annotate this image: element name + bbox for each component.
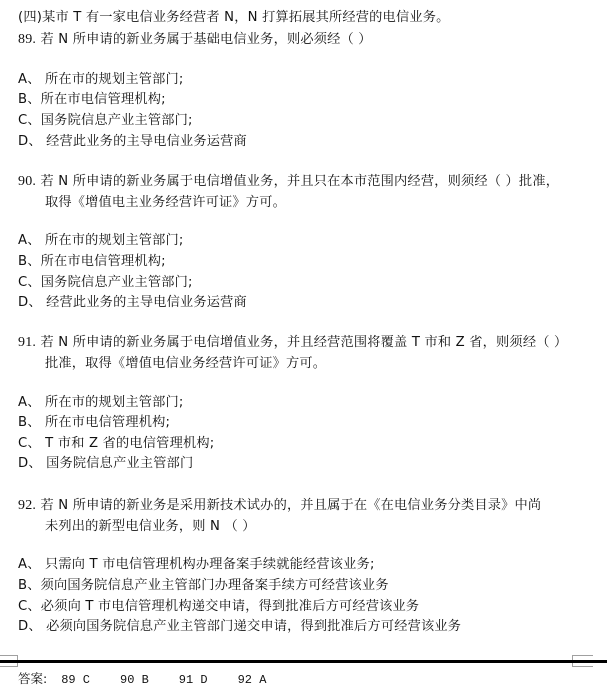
answer-92: 92 A xyxy=(238,673,267,687)
option-a: A、 所在市的规划主管部门; xyxy=(18,393,184,413)
option-c: C、 T 市和 Z 省的电信管理机构; xyxy=(18,434,214,454)
question-stem: 90. 若 N 所申请的新业务属于电信增值业务，并且只在本市范围内经营，则须经（… xyxy=(18,172,559,192)
question-text: 若 N 所申请的新业务属于基础电信业务，则必须经（ ） xyxy=(41,32,372,47)
option-b: B、须向国务院信息产业主管部门办理备案手续方可经营该业务 xyxy=(18,576,389,596)
question-text-continued: 取得《增值电主业务经营许可证》方可。 xyxy=(45,193,286,213)
question-text: 若 N 所申请的新业务是采用新技术试办的，并且属于在《在电信业务分类目录》中尚 xyxy=(41,498,542,513)
answer-89: 89 C xyxy=(61,673,90,687)
question-text-continued: 批准，取得《增值电信业务经营许可证》方可。 xyxy=(45,354,326,374)
question-stem: 92. 若 N 所申请的新业务是采用新技术试办的，并且属于在《在电信业务分类目录… xyxy=(18,496,541,516)
option-a: A、 只需向 T 市电信管理机构办理备案手续就能经营该业务; xyxy=(18,555,375,575)
divider-line xyxy=(0,660,607,663)
answer-key: 答案: 89 C 90 B 91 D 92 A xyxy=(18,670,292,689)
section-intro: (四)某市 T 有一家电信业务经营者 N，N 打算拓展其所经营的电信业务。 xyxy=(18,8,450,28)
answer-label: 答案: xyxy=(18,671,47,686)
option-b: B、所在市电信管理机构; xyxy=(18,90,166,110)
question-text-continued: 未列出的新型电信业务，则 N （ ） xyxy=(45,517,256,537)
question-text: 若 N 所申请的新业务属于电信增值业务，并且只在本市范围内经营，则须经（ ）批准… xyxy=(41,174,560,189)
question-text: 若 N 所申请的新业务属于电信增值业务，并且经营范围将覆盖 T 市和 Z 省，则… xyxy=(41,335,568,350)
question-stem: 89. 若 N 所申请的新业务属于基础电信业务，则必须经（ ） xyxy=(18,30,372,50)
option-c: C、必须向 T 市电信管理机构递交申请，得到批准后方可经营该业务 xyxy=(18,597,419,617)
option-d: D、 必须向国务院信息产业主管部门递交申请，得到批准后方可经营该业务 xyxy=(18,617,461,637)
option-d: D、 经营此业务的主导电信业务运营商 xyxy=(18,132,247,152)
option-c: C、国务院信息产业主管部门; xyxy=(18,273,193,293)
question-number: 89. xyxy=(18,32,36,47)
option-d: D、 国务院信息产业主管部门 xyxy=(18,454,193,474)
answer-91: 91 D xyxy=(179,673,208,687)
option-a: A、 所在市的规划主管部门; xyxy=(18,70,184,90)
question-number: 92. xyxy=(18,498,36,513)
question-stem: 91. 若 N 所申请的新业务属于电信增值业务，并且经营范围将覆盖 T 市和 Z… xyxy=(18,333,567,353)
option-c: C、国务院信息产业主管部门; xyxy=(18,111,193,131)
question-number: 91. xyxy=(18,335,36,350)
answer-90: 90 B xyxy=(120,673,149,687)
option-d: D、 经营此业务的主导电信业务运营商 xyxy=(18,293,247,313)
option-b: B、所在市电信管理机构; xyxy=(18,252,166,272)
document-page: (四)某市 T 有一家电信业务经营者 N，N 打算拓展其所经营的电信业务。 89… xyxy=(0,0,607,690)
option-a: A、 所在市的规划主管部门; xyxy=(18,231,184,251)
option-b: B、 所在市电信管理机构; xyxy=(18,413,170,433)
question-number: 90. xyxy=(18,174,36,189)
